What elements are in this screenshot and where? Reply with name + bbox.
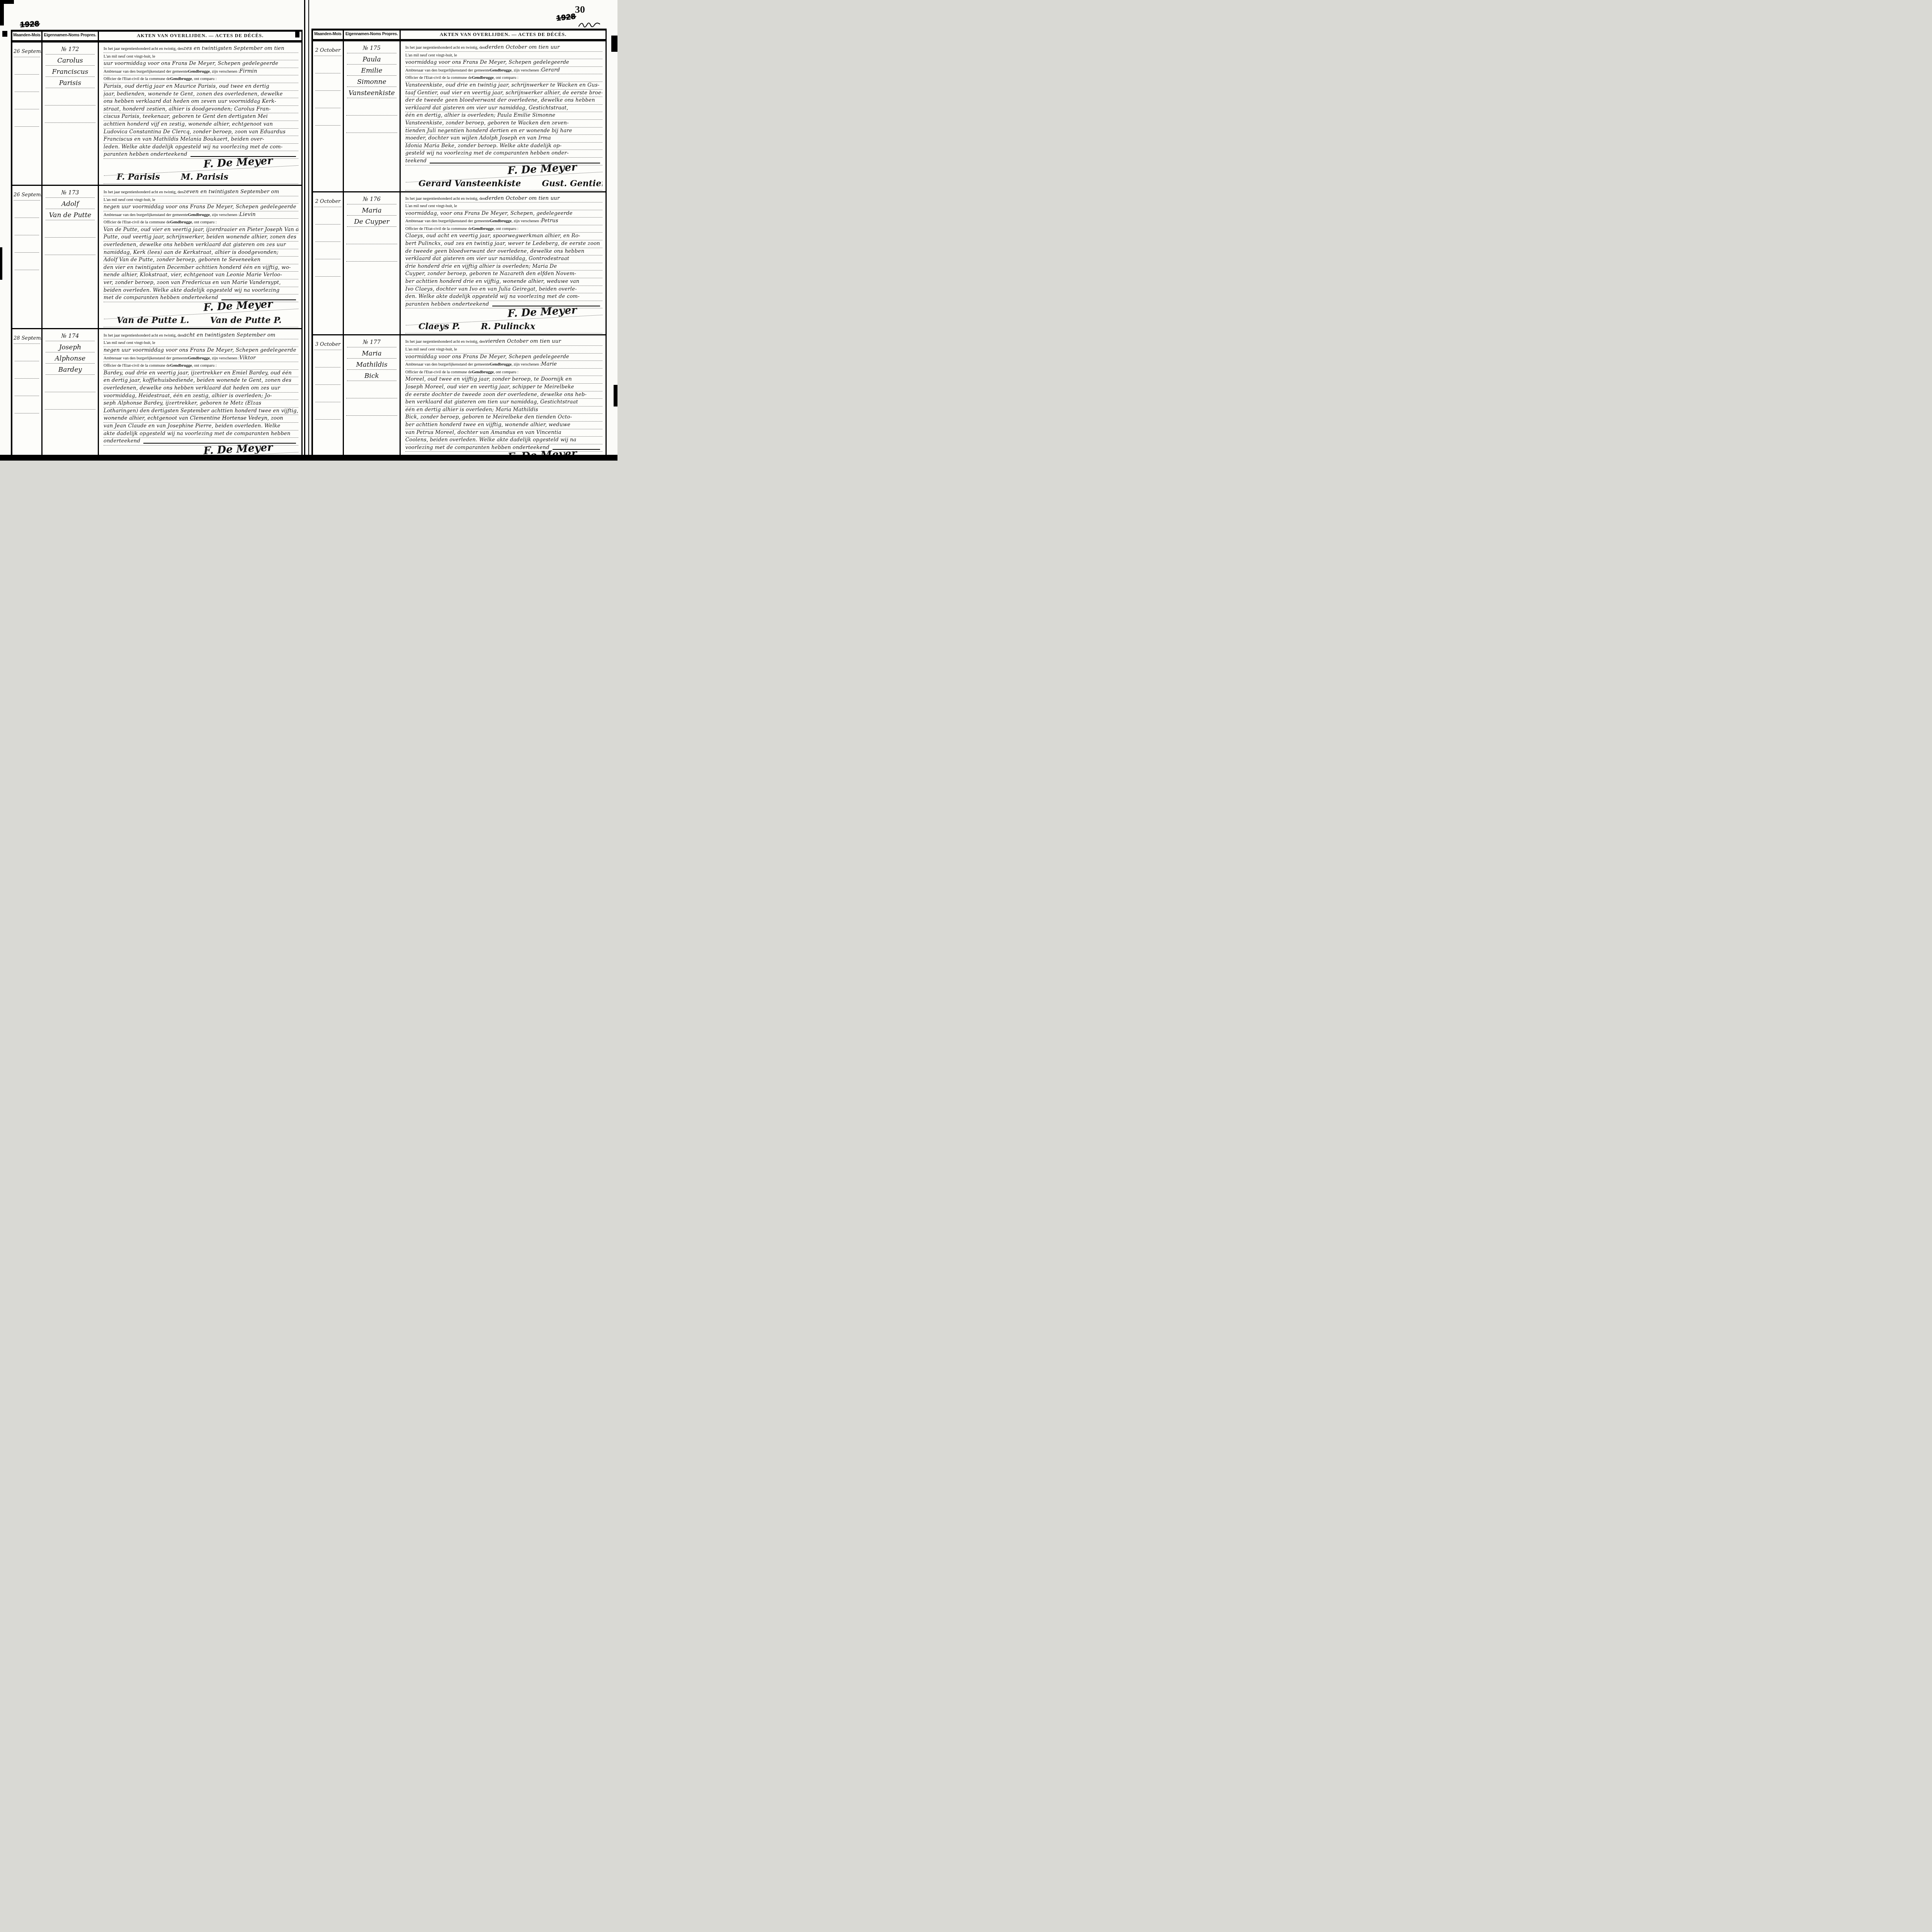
entry-act-text: In het jaar negentienhonderd acht en twi… — [99, 41, 301, 185]
printed-template-text: In het jaar negentienhonderd acht en twi… — [104, 45, 184, 53]
entry-deceased-name: Paula — [347, 53, 396, 65]
ruled-line — [45, 122, 95, 123]
printed-template-text: Gendbrugge — [490, 218, 512, 225]
act-text-line: Idonia Maria Beke, zonder beroep. Welke … — [405, 143, 602, 150]
party-signature: M. Parisis — [181, 171, 228, 184]
printed-template-text: Ambtenaar van den burgerlijkenstand der … — [104, 355, 188, 362]
entry-act-number: № 176 — [347, 196, 396, 204]
handwritten-text: voormiddag voor ons Frans De Meyer, Sche… — [405, 354, 569, 361]
entry-act-text: In het jaar negentienhonderd acht en twi… — [401, 40, 605, 191]
entry-name-cell: № 172CarolusFranciscusParisis — [43, 41, 99, 185]
handwritten-text: één en dertig alhier is overleden; Maria… — [405, 406, 538, 414]
act-text-line: Joseph Moreel, oud vier en veertig jaar,… — [405, 384, 602, 391]
act-text-line: ber achttien honderd twee en vijftig, wo… — [405, 422, 602, 429]
handwritten-text: zes en twintigsten September om tien — [184, 45, 284, 53]
printed-template-text: Gendbrugge — [170, 75, 192, 83]
printed-template-text: Gendbrugge — [472, 74, 494, 82]
act-text-line: tienden Juli negentien honderd dertien e… — [405, 128, 602, 135]
handwritten-text: uur voormiddag voor ons Frans De Meyer, … — [104, 60, 278, 68]
printed-template-text: Ambtenaar van den burgerlijkenstand der … — [405, 218, 490, 225]
act-text-line: L'an mil neuf cent vingt-huit, le — [104, 339, 298, 347]
handwritten-text: Van de Putte, oud vier en veertig jaar, … — [104, 226, 298, 234]
handwritten-text: Ivo Claeys, dochter van Ivo en van Julia… — [405, 286, 577, 293]
entry-month-cell: 2 October — [313, 40, 344, 191]
handwritten-text: Cuyper, zonder beroep, geboren te Nazare… — [405, 270, 576, 278]
ruled-line — [15, 361, 39, 361]
act-text-line: gesteld wij na voorlezing met de compara… — [405, 150, 602, 158]
printed-template-text: , ont comparu : — [192, 219, 217, 226]
printed-template-text: , zijn verschenen : — [210, 211, 240, 219]
ruled-line — [315, 259, 340, 259]
handwritten-text: Petrus — [541, 218, 558, 225]
ruled-line — [15, 270, 39, 270]
act-text-line: Bick, zonder beroep, geboren te Meirelbe… — [405, 414, 602, 422]
ruled-line — [315, 224, 340, 224]
handwritten-text: acht en twintigsten September om — [184, 332, 276, 339]
entry-deceased-name: Bick — [347, 370, 396, 381]
act-text-line: Moreel, oud twee en vijftig jaar, zonder… — [405, 376, 602, 384]
act-text-line: akte dadelijk opgesteld wij na voorlezin… — [104, 430, 298, 438]
act-text-line: ons hebben verklaard dat heden om zeven … — [104, 98, 298, 106]
handwritten-text: Marie — [541, 361, 557, 368]
handwritten-text: moeder, dochter van wijlen Adolph Joseph… — [405, 135, 551, 142]
act-text-line: In het jaar negentienhonderd acht en twi… — [405, 338, 602, 346]
entry-name-cell: № 175PaulaEmilieSimonneVansteenkiste — [344, 40, 401, 191]
act-text-line: uur voormiddag voor ons Frans De Meyer, … — [104, 60, 298, 68]
page-title: AKTEN VAN OVERLIJDEN. — ACTES DE DÉCÈS. — [401, 31, 605, 40]
printed-template-text: Officier de l'Etat-civil de la commune d… — [405, 74, 472, 82]
act-text-line: Parisis, oud dertig jaar en Maurice Pari… — [104, 83, 298, 91]
scan-bottom-band — [0, 455, 617, 461]
ruled-line — [315, 419, 340, 420]
register-page-left: Maanden-Mois Eigennamen-Noms Propres. AK… — [11, 30, 303, 461]
act-text-line: ber achttien honderd drie en vijftig, wo… — [405, 278, 602, 286]
act-text-line: voormiddag voor ons Frans De Meyer, Sche… — [405, 354, 602, 361]
entry-month-cell: 2 October — [313, 191, 344, 335]
printed-template-text: In het jaar negentienhonderd acht en twi… — [405, 338, 485, 345]
printed-template-text: , ont comparu : — [192, 75, 217, 83]
act-text-line: L'an mil neuf cent vingt-huit, le — [405, 52, 602, 60]
act-text-line: wonende alhier, echtgenoot van Clementin… — [104, 415, 298, 423]
handwritten-text: Joseph Moreel, oud vier en veertig jaar,… — [405, 384, 574, 391]
handwritten-text: jaar, bedienden, wonende te Gent, zonen … — [104, 91, 283, 98]
handwritten-text: Franciscus en van Mathildis Melania Bouk… — [104, 136, 264, 143]
handwritten-text: met de comparanten hebben onderteekend — [104, 294, 218, 302]
handwritten-text: Idonia Maria Beke, zonder beroep. Welke … — [405, 143, 561, 150]
printed-template-text: L'an mil neuf cent vingt-huit, le — [405, 202, 457, 210]
entry-deceased-name: Adolf — [46, 198, 95, 209]
entry-name-cell: № 177MariaMathildisBick — [344, 334, 401, 461]
entry-month-cell: 3 October — [313, 334, 344, 461]
act-text-line: Ambtenaar van den burgerlijkenstand der … — [104, 355, 298, 362]
act-text-line: In het jaar negentienhonderd acht en twi… — [405, 195, 602, 203]
handwritten-text: Ludovica Constantina De Clercq, zonder b… — [104, 129, 286, 136]
ruled-line — [15, 252, 39, 253]
register-scan-sheet: 1928 1928 30 Maanden-Mois Eigennamen-Nom… — [0, 0, 617, 461]
act-text-line: voormiddag, Heidestraat, één en zestig, … — [104, 393, 298, 400]
printed-template-text: Ambtenaar van den burgerlijkenstand der … — [405, 67, 490, 74]
act-text-line: ver, zonder beroep, zoon van Fredericus … — [104, 279, 298, 287]
handwritten-text: ber achttien honderd drie en vijftig, wo… — [405, 278, 580, 286]
handwritten-text: der de tweede geen bloedverwant der over… — [405, 97, 595, 104]
entry-month-label: 2 October — [314, 48, 342, 56]
handwritten-text: nende alhier, Klokstraat, vier, echtgeno… — [104, 272, 282, 279]
ruled-line — [346, 115, 397, 116]
act-text-line: negen uur voormiddag voor ons Frans De M… — [104, 347, 298, 355]
column-header-names: Eigennamen-Noms Propres. — [344, 31, 401, 40]
ruled-line — [15, 413, 39, 413]
entry-deceased-name: Alphonse — [46, 352, 95, 364]
handwritten-text: taaf Gentier, oud vier en veertig jaar, … — [405, 90, 602, 97]
act-text-line: Ambtenaar van den burgerlijkenstand der … — [104, 68, 298, 76]
printed-template-text: L'an mil neuf cent vingt-huit, le — [405, 52, 457, 59]
handwritten-text: ons hebben verklaard dat heden om zeven … — [104, 98, 276, 105]
entry-act-text: In het jaar negentienhonderd acht en twi… — [99, 328, 301, 461]
ruled-line — [315, 367, 340, 367]
act-text-line: Van de Putte, oud vier en veertig jaar, … — [104, 226, 298, 234]
ruled-line — [346, 398, 397, 398]
ruled-line — [45, 237, 95, 238]
ruled-line — [45, 105, 95, 105]
act-text-line: jaar, bedienden, wonende te Gent, zonen … — [104, 91, 298, 99]
year-stamp-right: 1928 — [556, 12, 577, 23]
act-text-line: Vansteenkiste, zonder beroep, geboren te… — [405, 120, 602, 128]
handwritten-text: overledenen, dewelke ons hebben verklaar… — [104, 385, 280, 392]
handwritten-text: en dertig jaar, koffiehuisbediende, beid… — [104, 377, 291, 384]
handwritten-text: den vier en twintigsten December achttie… — [104, 264, 291, 272]
entry-deceased-name: Bardey — [46, 364, 95, 375]
column-header-month: Maanden-Mois — [313, 31, 344, 40]
act-text-line: Bardey, oud drie en veertig jaar, ijzert… — [104, 370, 298, 378]
act-text-line: beiden overleden. Welke akte dadelijk op… — [104, 287, 298, 295]
handwritten-text: Adolf Van de Putte, zonder beroep, gebor… — [104, 257, 260, 264]
act-text-line: drie honderd drie en vijftig alhier is o… — [405, 263, 602, 271]
act-text-line: Ambtenaar van den burgerlijkenstand der … — [405, 218, 602, 225]
page-title: AKTEN VAN OVERLIJDEN. — ACTES DE DÉCÈS. — [99, 32, 301, 41]
entry-name-cell: № 173AdolfVan de Putte — [43, 185, 99, 328]
handwritten-text: voormiddag, voor ons Frans De Meyer, Sch… — [405, 210, 573, 218]
handwritten-text: namiddag, Kerk (lees) aan de Kerkstraat,… — [104, 249, 279, 257]
ruled-line — [15, 378, 39, 379]
ruled-line — [346, 133, 397, 133]
scan-smudge — [295, 32, 299, 37]
act-text-line: Officier de l'Etat-civil de la commune d… — [405, 74, 602, 82]
entry-act-text: In het jaar negentienhonderd acht en twi… — [401, 191, 605, 335]
party-signature: Van de Putte P. — [210, 314, 282, 327]
entry-deceased-name: Van de Putte — [46, 209, 95, 220]
handwritten-text: verklaard dat gisteren om vier uur namid… — [405, 255, 569, 263]
act-text-line: verklaard dat gisteren om vier uur namid… — [405, 255, 602, 263]
handwritten-text: van Jean Claude en van Josephine Pierre,… — [104, 423, 281, 430]
act-text-line: negen uur voormiddag voor ons Frans De M… — [104, 204, 298, 211]
printed-template-text: , ont comparu : — [192, 362, 217, 369]
handwritten-text: wonende alhier, echtgenoot van Clementin… — [104, 415, 283, 422]
handwritten-text: tienden Juli negentien honderd dertien e… — [405, 128, 572, 135]
entry-month-label: 2 October — [314, 199, 342, 207]
handwritten-text: negen uur voormiddag voor ons Frans De M… — [104, 347, 296, 354]
entry-month-label: 3 October — [314, 342, 342, 350]
handwritten-text: Viktor — [240, 355, 256, 362]
act-text-line: Franciscus en van Mathildis Melania Bouk… — [104, 136, 298, 144]
ruled-line — [315, 125, 340, 126]
page-number: 30 — [575, 4, 585, 15]
printed-template-text: L'an mil neuf cent vingt-huit, le — [104, 196, 155, 204]
act-text-line: Cuyper, zonder beroep, geboren te Nazare… — [405, 270, 602, 278]
printed-template-text: Gendbrugge — [472, 225, 494, 233]
ruled-line — [315, 108, 340, 108]
printed-template-text: L'an mil neuf cent vingt-huit, le — [405, 346, 457, 353]
printed-template-text: , ont comparu : — [494, 225, 519, 233]
entry-month-label: 26 September — [14, 192, 40, 201]
act-text-line: den vier en twintigsten December achttie… — [104, 264, 298, 272]
entry-deceased-name: De Cuyper — [347, 216, 396, 227]
ruled-line — [45, 392, 95, 392]
printed-template-text: In het jaar negentienhonderd acht en twi… — [405, 195, 485, 202]
printed-template-text: Officier de l'Etat-civil de la commune d… — [104, 75, 170, 83]
act-text-line: Lotharingen) den dertigsten September ac… — [104, 408, 298, 415]
printed-template-text: In het jaar negentienhonderd acht en twi… — [405, 44, 485, 51]
entry-name-cell: № 176MariaDe Cuyper — [344, 191, 401, 335]
act-text-line: L'an mil neuf cent vingt-huit, le — [104, 53, 298, 61]
act-text-line: Adolf Van de Putte, zonder beroep, gebor… — [104, 257, 298, 264]
page-gutter-line — [308, 0, 309, 461]
handwritten-text: voormiddag, Heidestraat, één en zestig, … — [104, 393, 272, 400]
act-text-line: ciscus Parisis, teekenaar, geboren te Ge… — [104, 113, 298, 121]
printed-template-text: Gendbrugge — [490, 67, 512, 74]
act-text-line: In het jaar negentienhonderd acht en twi… — [104, 332, 298, 340]
entry-deceased-name: Maria — [347, 204, 396, 216]
act-text-line: den. Welke akte dadelijk opgesteld wij n… — [405, 293, 602, 301]
act-text-line: de tweede geen bloedverwant der overlede… — [405, 248, 602, 256]
entry-deceased-name: Parisis — [46, 77, 95, 88]
act-text-line: achttien honderd vijf en zestig, wonende… — [104, 121, 298, 129]
ruled-line — [15, 109, 39, 109]
act-text-line: Officier de l'Etat-civil de la commune d… — [104, 219, 298, 226]
handwritten-text: bert Pulinckx, oud zes en twintig jaar, … — [405, 240, 600, 248]
handwritten-text: teekend — [405, 158, 427, 165]
scan-smudge — [614, 385, 617, 406]
act-text-line: straat, honderd zestien, alhier is doodg… — [104, 106, 298, 114]
printed-template-text: Officier de l'Etat-civil de la commune d… — [405, 225, 472, 233]
printed-template-text: L'an mil neuf cent vingt-huit, le — [104, 339, 155, 347]
printed-template-text: Officier de l'Etat-civil de la commune d… — [405, 369, 472, 376]
act-text-line: overledenen, dewelke ons hebben verklaar… — [104, 385, 298, 393]
handwritten-text: negen uur voormiddag voor ons Frans De M… — [104, 204, 296, 211]
printed-template-text: Gendbrugge — [170, 219, 192, 226]
act-text-line: Claeys, oud acht en veertig jaar, spoorw… — [405, 233, 602, 240]
column-header-names: Eigennamen-Noms Propres. — [43, 32, 99, 41]
act-text-line: overledenen, dewelke ons hebben verklaar… — [104, 241, 298, 249]
act-text-line: één en dertig, alhier is overleden; Paul… — [405, 112, 602, 120]
ruled-line — [45, 255, 95, 255]
ruled-line — [15, 218, 39, 218]
entry-month-label: 26 September — [14, 49, 40, 57]
ruled-line — [346, 261, 397, 262]
ruled-line — [315, 90, 340, 91]
act-text-line: Ambtenaar van den burgerlijkenstand der … — [104, 211, 298, 219]
ruled-line — [15, 92, 39, 92]
handwritten-text: Vansteenkiste, oud drie en twintig jaar,… — [405, 82, 599, 89]
act-text-line: Putte, oud veertig jaar, schrijnwerker, … — [104, 234, 298, 241]
handwritten-text: leden. Welke akte dadelijk opgesteld wij… — [104, 144, 282, 151]
act-text-line: L'an mil neuf cent vingt-huit, le — [405, 202, 602, 210]
handwritten-text: Firmin — [240, 68, 257, 75]
act-text-line: Officier de l'Etat-civil de la commune d… — [104, 362, 298, 370]
handwritten-text: van Petrus Moreel, dochter van Amandus e… — [405, 429, 561, 437]
handwritten-text: drie honderd drie en vijftig alhier is o… — [405, 263, 557, 270]
act-text-line: één en dertig alhier is overleden; Maria… — [405, 406, 602, 414]
entry-name-cell: № 174JosephAlphonseBardey — [43, 328, 99, 461]
handwritten-text: Vansteenkiste, zonder beroep, geboren te… — [405, 120, 569, 127]
entry-act-number: № 173 — [46, 190, 95, 198]
handwritten-text: Claeys, oud acht en veertig jaar, spoorw… — [405, 233, 580, 240]
handwritten-text: overledenen, dewelke ons hebben verklaar… — [104, 241, 286, 249]
act-text-line: L'an mil neuf cent vingt-huit, le — [104, 196, 298, 204]
ruled-line — [346, 415, 397, 416]
act-text-line: In het jaar negentienhonderd acht en twi… — [405, 44, 602, 52]
handwritten-text: Coolens, beiden overleden. Welke akte da… — [405, 437, 577, 444]
handwritten-text: voormiddag voor ons Frans De Meyer, Sche… — [405, 59, 569, 66]
handwritten-text: Bardey, oud drie en veertig jaar, ijzert… — [104, 370, 292, 377]
handwritten-text: Parisis, oud dertig jaar en Maurice Pari… — [104, 83, 269, 90]
act-text-line: der de tweede geen bloedverwant der over… — [405, 97, 602, 105]
act-text-line: taaf Gentier, oud vier en veertig jaar, … — [405, 90, 602, 97]
handwritten-text: beiden overleden. Welke akte dadelijk op… — [104, 287, 279, 294]
printed-template-text: , zijn verschenen : — [210, 355, 240, 362]
handwritten-text: straat, honderd zestien, alhier is doodg… — [104, 106, 271, 113]
handwritten-text: Lotharingen) den dertigsten September ac… — [104, 408, 298, 415]
act-text-line: In het jaar negentienhonderd acht en twi… — [104, 189, 298, 196]
handwritten-text: Gerard — [541, 67, 560, 74]
handwritten-text: Moreel, oud twee en vijftig jaar, zonder… — [405, 376, 572, 383]
printed-template-text: Gendbrugge — [188, 68, 210, 75]
entry-act-number: № 177 — [347, 339, 396, 347]
handwritten-text: onderteekend — [104, 438, 140, 445]
printed-template-text: Officier de l'Etat-civil de la commune d… — [104, 362, 170, 369]
scan-smudge — [0, 247, 2, 280]
ruled-line — [315, 402, 340, 402]
printed-template-text: Ambtenaar van den burgerlijkenstand der … — [405, 361, 490, 368]
printed-template-text: L'an mil neuf cent vingt-huit, le — [104, 53, 155, 60]
act-text-line: Ambtenaar van den burgerlijkenstand der … — [405, 361, 602, 369]
printed-template-text: Officier de l'Etat-civil de la commune d… — [104, 219, 170, 226]
act-text-line: ben verklaard dat gisteren om tien uur n… — [405, 399, 602, 406]
entry-act-number: № 172 — [46, 46, 95, 54]
entry-month-cell: 26 September — [12, 185, 43, 328]
printed-template-text: Gendbrugge — [188, 211, 210, 219]
entry-deceased-name: Carolus — [46, 54, 95, 66]
page-gutter-line — [304, 0, 305, 461]
act-text-line: van Jean Claude en van Josephine Pierre,… — [104, 423, 298, 430]
act-text-line: voormiddag, voor ons Frans De Meyer, Sch… — [405, 210, 602, 218]
act-text-line: voormiddag voor ons Frans De Meyer, Sche… — [405, 59, 602, 67]
handwritten-text: de eerste dochter de tweede zoon der ove… — [405, 391, 587, 399]
ruled-line — [15, 396, 39, 396]
act-text-line: moeder, dochter van wijlen Adolph Joseph… — [405, 135, 602, 143]
handwritten-text: Lievin — [240, 211, 256, 219]
printed-template-text: Ambtenaar van den burgerlijkenstand der … — [104, 211, 188, 219]
entry-act-text: In het jaar negentienhonderd acht en twi… — [99, 185, 301, 328]
ruled-line — [15, 126, 39, 127]
handwritten-text: de tweede geen bloedverwant der overlede… — [405, 248, 584, 255]
handwritten-text: derden October om tien uur — [485, 195, 560, 202]
handwritten-text: ciscus Parisis, teekenaar, geboren te Ge… — [104, 113, 268, 121]
handwritten-text: den. Welke akte dadelijk opgesteld wij n… — [405, 293, 580, 301]
printed-template-text: Ambtenaar van den burgerlijkenstand der … — [104, 68, 188, 75]
act-text-line: Officier de l'Etat-civil de la commune d… — [405, 225, 602, 233]
printed-template-text: , zijn verschenen : — [210, 68, 240, 75]
entry-deceased-name: Franciscus — [46, 66, 95, 77]
act-text-line: namiddag, Kerk (lees) aan de Kerkstraat,… — [104, 249, 298, 257]
printed-template-text: , zijn verschenen : — [512, 361, 541, 368]
entry-deceased-name: Emilie — [347, 65, 396, 76]
handwritten-text: Putte, oud veertig jaar, schrijnwerker, … — [104, 234, 296, 241]
party-signature: Gust. Gentier — [542, 177, 602, 190]
entry-month-cell: 28 September — [12, 328, 43, 461]
handwritten-text: verklaard dat gisteren om vier uur namid… — [405, 105, 568, 112]
entry-month-cell: 26 September — [12, 41, 43, 185]
handwritten-text: seph Alphonse Bardey, ijzertrekker, gebo… — [104, 400, 261, 407]
scan-smudge — [0, 3, 4, 26]
scan-smudge — [611, 36, 617, 52]
ruled-line — [315, 384, 340, 385]
act-text-line: bert Pulinckx, oud zes en twintig jaar, … — [405, 240, 602, 248]
act-text-line: seph Alphonse Bardey, ijzertrekker, gebo… — [104, 400, 298, 408]
act-text-line: Vansteenkiste, oud drie en twintig jaar,… — [405, 82, 602, 90]
entry-act-number: № 174 — [46, 333, 95, 341]
act-text-line: Coolens, beiden overleden. Welke akte da… — [405, 437, 602, 444]
printed-template-text: , zijn verschenen : — [512, 67, 541, 74]
act-text-line: verklaard dat gisteren om vier uur namid… — [405, 105, 602, 112]
entry-month-label: 28 September — [14, 335, 40, 344]
act-text-line: leden. Welke akte dadelijk opgesteld wij… — [104, 144, 298, 151]
ruled-line — [315, 276, 340, 277]
entry-deceased-name: Simonne — [347, 76, 396, 87]
act-text-line: Officier de l'Etat-civil de la commune d… — [104, 75, 298, 83]
handwritten-text: gesteld wij na voorlezing met de compara… — [405, 150, 569, 157]
printed-template-text: Gendbrugge — [490, 361, 512, 368]
handwritten-text: akte dadelijk opgesteld wij na voorlezin… — [104, 430, 291, 438]
ruled-line — [15, 74, 39, 75]
column-header-month: Maanden-Mois — [12, 32, 43, 41]
handwritten-text: één en dertig, alhier is overleden; Paul… — [405, 112, 555, 119]
act-text-line: In het jaar negentienhonderd acht en twi… — [104, 45, 298, 53]
act-text-line: Officier de l'Etat-civil de la commune d… — [405, 369, 602, 376]
handwritten-text: ber achttien honderd twee en vijftig, wo… — [405, 422, 570, 429]
printed-template-text: Gendbrugge — [188, 355, 210, 362]
entry-deceased-name: Mathildis — [347, 359, 396, 370]
register-page-right: Maanden-Mois Eigennamen-Noms Propres. AK… — [311, 29, 607, 461]
act-text-line: en dertig jaar, koffiehuisbediende, beid… — [104, 377, 298, 385]
scan-smudge — [2, 31, 7, 37]
printed-template-text: Gendbrugge — [170, 362, 192, 369]
printed-template-text: In het jaar negentienhonderd acht en twi… — [104, 332, 184, 339]
party-signature: R. Pulinckx — [481, 320, 536, 333]
act-text-line: Ambtenaar van den burgerlijkenstand der … — [405, 67, 602, 75]
handwritten-text: paranten hebben onderteekend — [405, 301, 489, 308]
act-text-line: Ivo Claeys, dochter van Ivo en van Julia… — [405, 286, 602, 294]
ruled-line — [346, 244, 397, 244]
act-text-line: Ludovica Constantina De Clercq, zonder b… — [104, 129, 298, 136]
handwritten-text: derden October om tien uur — [485, 44, 560, 51]
handwritten-text: ver, zonder beroep, zoon van Fredericus … — [104, 279, 281, 287]
entry-deceased-name: Joseph — [46, 341, 95, 352]
printed-template-text: In het jaar negentienhonderd acht en twi… — [104, 189, 184, 196]
entry-act-number: № 175 — [347, 45, 396, 53]
printed-template-text: , zijn verschenen : — [512, 218, 541, 225]
handwritten-text: vierden October om tien uur — [485, 338, 561, 345]
handwritten-text: paranten hebben onderteekend — [104, 151, 187, 158]
